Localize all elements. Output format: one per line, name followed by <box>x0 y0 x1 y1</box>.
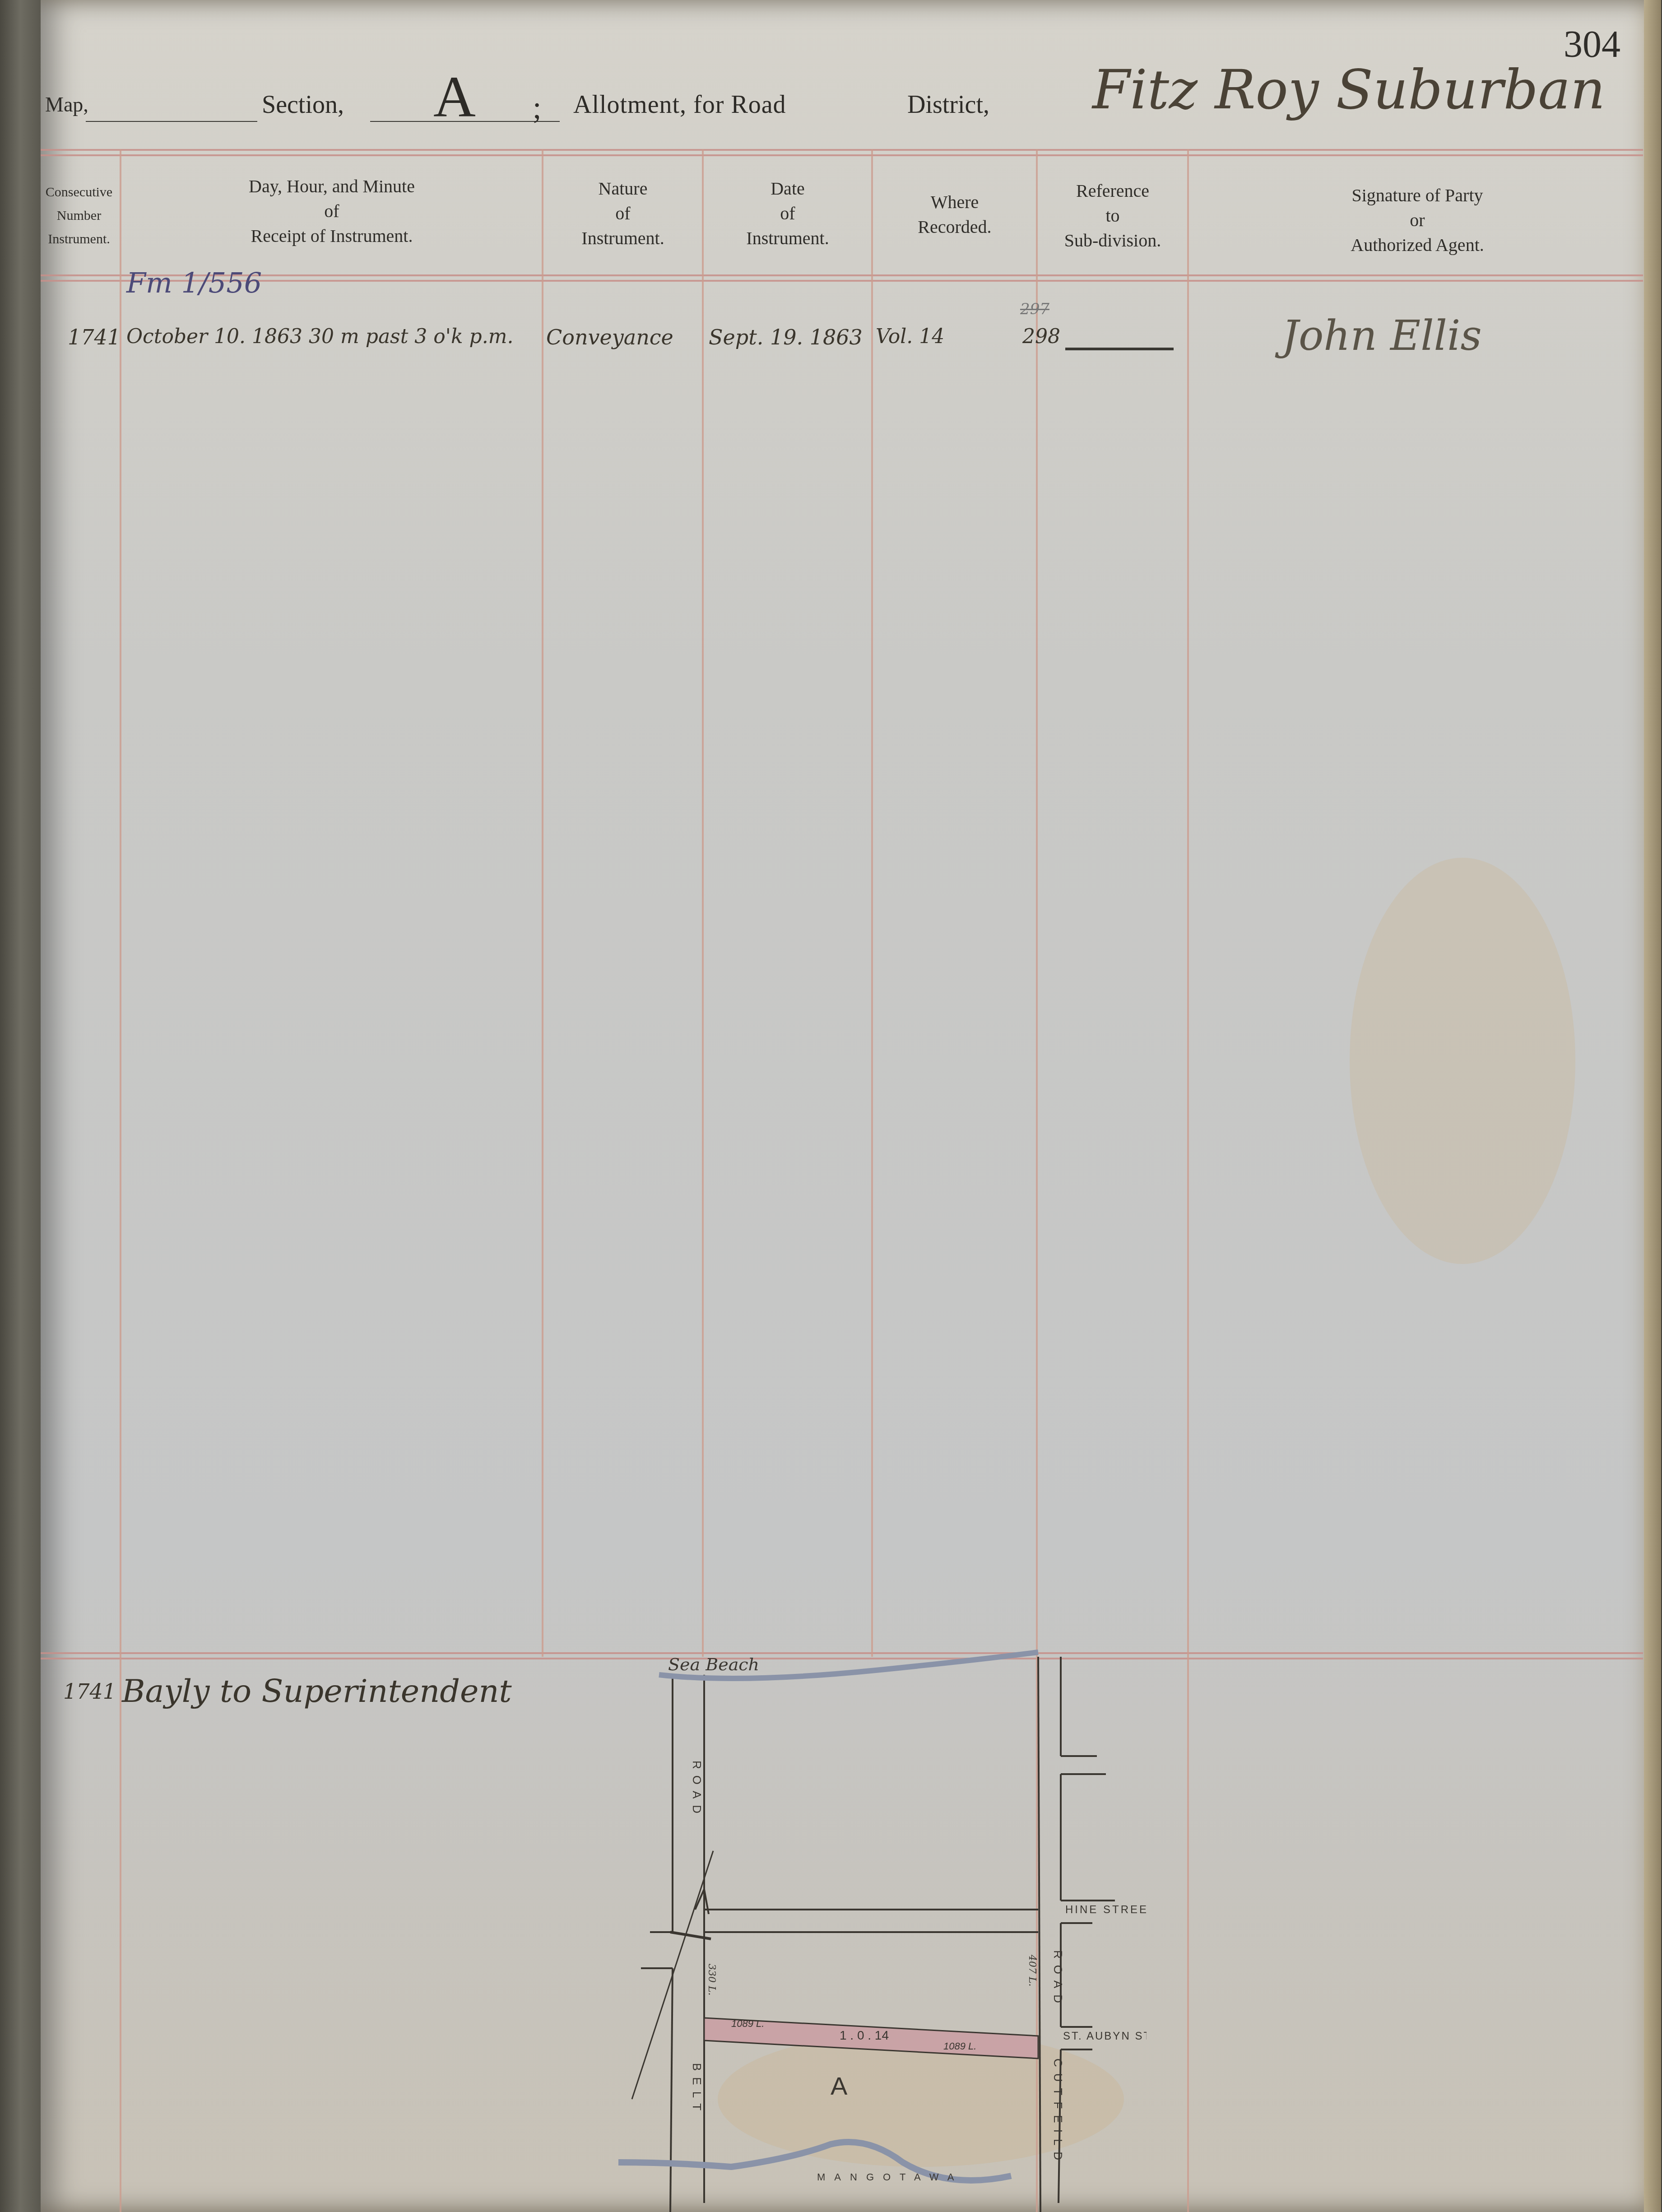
entry-date: Sept. 19. 1863 <box>709 325 863 349</box>
svg-text:ROAD: ROAD <box>690 1761 704 1820</box>
page-edge <box>1644 0 1661 2212</box>
svg-text:407 L.: 407 L. <box>1026 1954 1038 1987</box>
book-spine <box>0 0 41 2212</box>
section-value: A <box>433 63 476 131</box>
ledger-page: 304 Map, Section, A ; Allotment, for Roa… <box>41 0 1661 2212</box>
district-label: District, <box>907 90 989 119</box>
footer-entry-number: 1741 <box>63 1679 116 1704</box>
header-line: of <box>704 201 871 226</box>
column-divider <box>542 149 543 1657</box>
allotment-map: Sea Beach HINE STREET ST. AUBYN ST. A 1 … <box>560 1643 1147 2212</box>
svg-text:330 L.: 330 L. <box>706 1964 717 1996</box>
stain <box>1350 858 1575 1264</box>
svg-text:ST. AUBYN ST.: ST. AUBYN ST. <box>1063 2030 1147 2042</box>
section-label: Section, <box>262 90 344 119</box>
header-line: to <box>1038 203 1187 228</box>
footer-entry-text: Bayly to Superintendent <box>122 1673 512 1710</box>
svg-text:HINE STREET: HINE STREET <box>1065 1904 1147 1916</box>
column-divider <box>871 149 873 1657</box>
header-date: Date of Instrument. <box>704 176 871 251</box>
header-line: Instrument. <box>36 228 122 251</box>
entry-signature: John Ellis <box>1282 311 1482 360</box>
header-line: Authorized Agent. <box>1189 232 1645 257</box>
header-line: Day, Hour, and Minute <box>122 174 542 199</box>
header-consecutive: Consecutive Number Instrument. <box>36 181 122 251</box>
header-nature: Nature of Instrument. <box>544 176 702 251</box>
header-where: Where Recorded. <box>873 190 1036 239</box>
column-divider <box>120 149 121 2212</box>
folio-annotation: Fm 1/556 <box>126 266 262 299</box>
svg-text:Sea Beach: Sea Beach <box>668 1654 759 1674</box>
entry-page: 298 <box>1022 325 1060 348</box>
header-line: Nature <box>544 176 702 201</box>
column-divider <box>702 149 704 1657</box>
column-divider <box>1187 149 1189 2212</box>
entry-number: 1741 <box>68 325 121 349</box>
header-line: Signature of Party <box>1189 183 1645 208</box>
entry-receipt: October 10. 1863 30 m past 3 o'k p.m. <box>126 325 513 348</box>
svg-text:BELT: BELT <box>690 2063 704 2117</box>
header-reference: Reference to Sub-division. <box>1038 178 1187 253</box>
separator: ; <box>533 90 541 126</box>
header-line: Instrument. <box>704 226 871 251</box>
entry-page-old: 297 <box>1020 300 1049 318</box>
header-bottom-rule <box>41 274 1643 276</box>
map-blank <box>86 121 257 122</box>
svg-text:CUTFEILD: CUTFEILD <box>1051 2059 1065 2166</box>
header-line: Where <box>873 190 1036 214</box>
header-line: Date <box>704 176 871 201</box>
header-top-rule <box>41 149 1643 151</box>
district-value: Fitz Roy Suburban <box>1092 59 1605 121</box>
header-line: or <box>1189 208 1645 232</box>
header-signature: Signature of Party or Authorized Agent. <box>1189 183 1645 257</box>
header-line: Recorded. <box>873 214 1036 239</box>
svg-text:MANGOTAWA: MANGOTAWA <box>817 2171 963 2183</box>
header-line: Instrument. <box>544 226 702 251</box>
map-label: Map, <box>45 93 88 116</box>
svg-text:1089 L.: 1089 L. <box>731 2018 764 2029</box>
header-line: Receipt of Instrument. <box>122 223 542 248</box>
header-line: Reference <box>1038 178 1187 203</box>
header-line: Sub-division. <box>1038 228 1187 253</box>
header-line: Consecutive <box>36 181 122 204</box>
svg-text:1 . 0 . 14: 1 . 0 . 14 <box>840 2028 889 2042</box>
svg-text:A: A <box>831 2072 848 2100</box>
allotment-label: Allotment, for Road <box>573 90 786 119</box>
entry-volume: Vol. 14 <box>876 325 944 348</box>
svg-text:1089 L.: 1089 L. <box>943 2040 976 2052</box>
header-line: of <box>122 199 542 223</box>
entry-nature: Conveyance <box>546 325 673 349</box>
header-line: Number <box>36 204 122 228</box>
header-receipt: Day, Hour, and Minute of Receipt of Inst… <box>122 174 542 248</box>
entry-reference-dash <box>1065 348 1174 350</box>
svg-text:ROAD: ROAD <box>1051 1950 1065 2009</box>
map-drawing: Sea Beach HINE STREET ST. AUBYN ST. A 1 … <box>560 1643 1147 2212</box>
header-line: of <box>544 201 702 226</box>
